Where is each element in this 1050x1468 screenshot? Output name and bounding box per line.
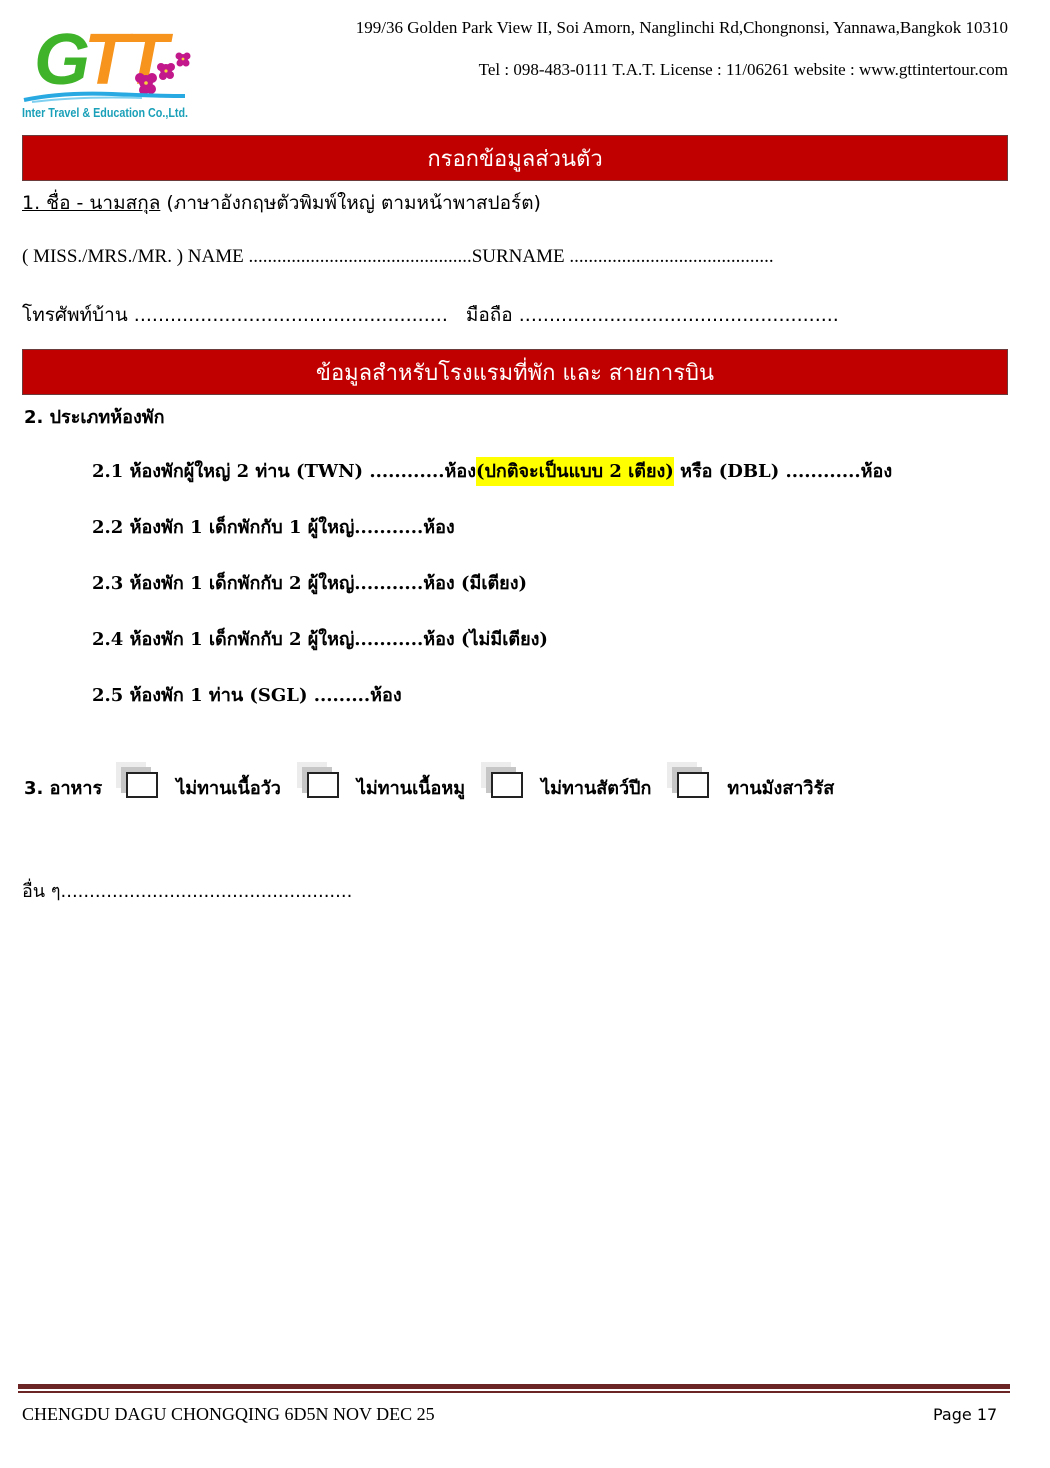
footer-rule-thin <box>18 1391 1010 1393</box>
room-option-text: 2.1 ห้องพักผู้ใหญ่ 2 ท่าน (TWN) ........… <box>92 461 476 482</box>
name-field-row[interactable]: ( MISS./MRS./MR. ) NAME ................… <box>22 246 774 268</box>
checkbox-no-beef[interactable] <box>124 770 160 804</box>
question-room-type: 2. ประเภทห้องพัก <box>24 402 165 431</box>
section-title: ข้อมูลสำหรับโรงแรมที่พัก และ สายการบิน <box>316 355 714 390</box>
footer-rule <box>18 1384 1010 1389</box>
other-field[interactable]: อื่น ๆ..................................… <box>22 876 352 905</box>
footer-tour-title: CHENGDU DAGU CHONGQING 6D5N NOV DEC 25 <box>22 1404 435 1425</box>
question-name: 1. ชื่อ - นามสกุล (ภาษาอังกฤษตัวพิมพ์ใหญ… <box>22 188 541 218</box>
highlight-note: (ปกติจะเป็นแบบ 2 เตียง) <box>476 457 674 486</box>
question-note: (ภาษาอังกฤษตัวพิมพ์ใหญ่ ตามหน้าพาสปอร์ต) <box>160 192 541 214</box>
checkbox-no-pork[interactable] <box>305 770 341 804</box>
room-option-text: หรือ (DBL) ............ห้อง <box>674 461 892 482</box>
checkbox-box[interactable] <box>126 772 158 798</box>
room-option-twn-dbl[interactable]: 2.1 ห้องพักผู้ใหญ่ 2 ท่าน (TWN) ........… <box>92 456 892 485</box>
section-title: กรอกข้อมูลส่วนตัว <box>427 141 602 176</box>
checkbox-no-poultry[interactable] <box>489 770 525 804</box>
home-phone-field[interactable]: โทรศัพท์บ้าน ...........................… <box>22 304 448 326</box>
option-vegetarian: ทานมังสาวิรัส <box>727 773 834 802</box>
logo-letter-g: G <box>34 24 88 96</box>
food-label: 3. อาหาร <box>24 773 102 802</box>
checkbox-box[interactable] <box>307 772 339 798</box>
phone-field-row: โทรศัพท์บ้าน ...........................… <box>22 300 839 330</box>
question-label: 1. ชื่อ - นามสกุล <box>22 192 160 214</box>
room-option-sgl[interactable]: 2.5 ห้องพัก 1 ท่าน (SGL) .........ห้อง <box>92 680 402 709</box>
option-no-beef: ไม่ทานเนื้อวัว <box>176 773 281 802</box>
checkbox-box[interactable] <box>677 772 709 798</box>
room-option-1child-2adult-nobed[interactable]: 2.4 ห้องพัก 1 เด็กพักกับ 2 ผู้ใหญ่......… <box>92 624 548 653</box>
section-bar-hotel-flight: ข้อมูลสำหรับโรงแรมที่พัก และ สายการบิน <box>22 349 1008 395</box>
page-number: Page 17 <box>933 1405 997 1424</box>
checkbox-vegetarian[interactable] <box>675 770 711 804</box>
company-name: Inter Travel & Education Co.,Ltd. <box>22 106 188 120</box>
company-address: 199/36 Golden Park View II, Soi Amorn, N… <box>356 18 1008 38</box>
option-no-pork: ไม่ทานเนื้อหมู <box>357 773 465 802</box>
mobile-phone-field[interactable]: มือถือ .................................… <box>466 304 839 326</box>
company-logo: G TT Inter Travel & Education Co.,Ltd. <box>22 20 192 125</box>
room-option-1child-2adult-bed[interactable]: 2.3 ห้องพัก 1 เด็กพักกับ 2 ผู้ใหญ่......… <box>92 568 527 597</box>
room-option-1child-1adult[interactable]: 2.2 ห้องพัก 1 เด็กพักกับ 1 ผู้ใหญ่......… <box>92 512 455 541</box>
company-contact: Tel : 098-483-0111 T.A.T. License : 11/0… <box>479 60 1008 80</box>
option-no-poultry: ไม่ทานสัตว์ปีก <box>541 773 651 802</box>
checkbox-box[interactable] <box>491 772 523 798</box>
food-preferences: 3. อาหาร ไม่ทานเนื้อวัว ไม่ทานเนื้อหมู ไ… <box>24 770 858 804</box>
wave-icon <box>22 90 187 104</box>
section-bar-personal-info: กรอกข้อมูลส่วนตัว <box>22 135 1008 181</box>
